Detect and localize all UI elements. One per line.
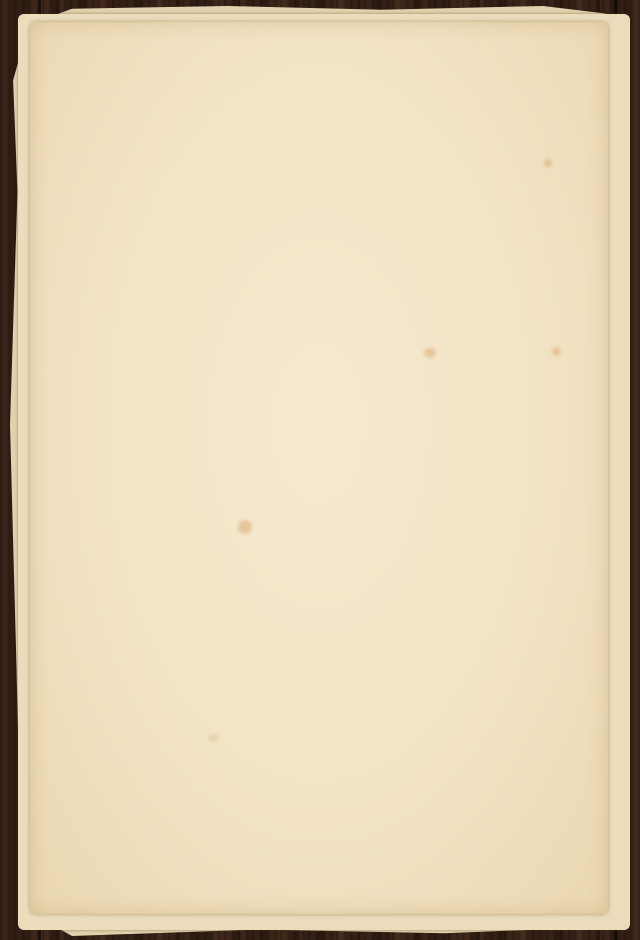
stain xyxy=(238,520,252,534)
stain xyxy=(544,159,552,167)
paper-sheet-top xyxy=(30,22,608,914)
stain xyxy=(552,347,561,356)
stain xyxy=(424,348,436,358)
stain xyxy=(208,734,218,742)
